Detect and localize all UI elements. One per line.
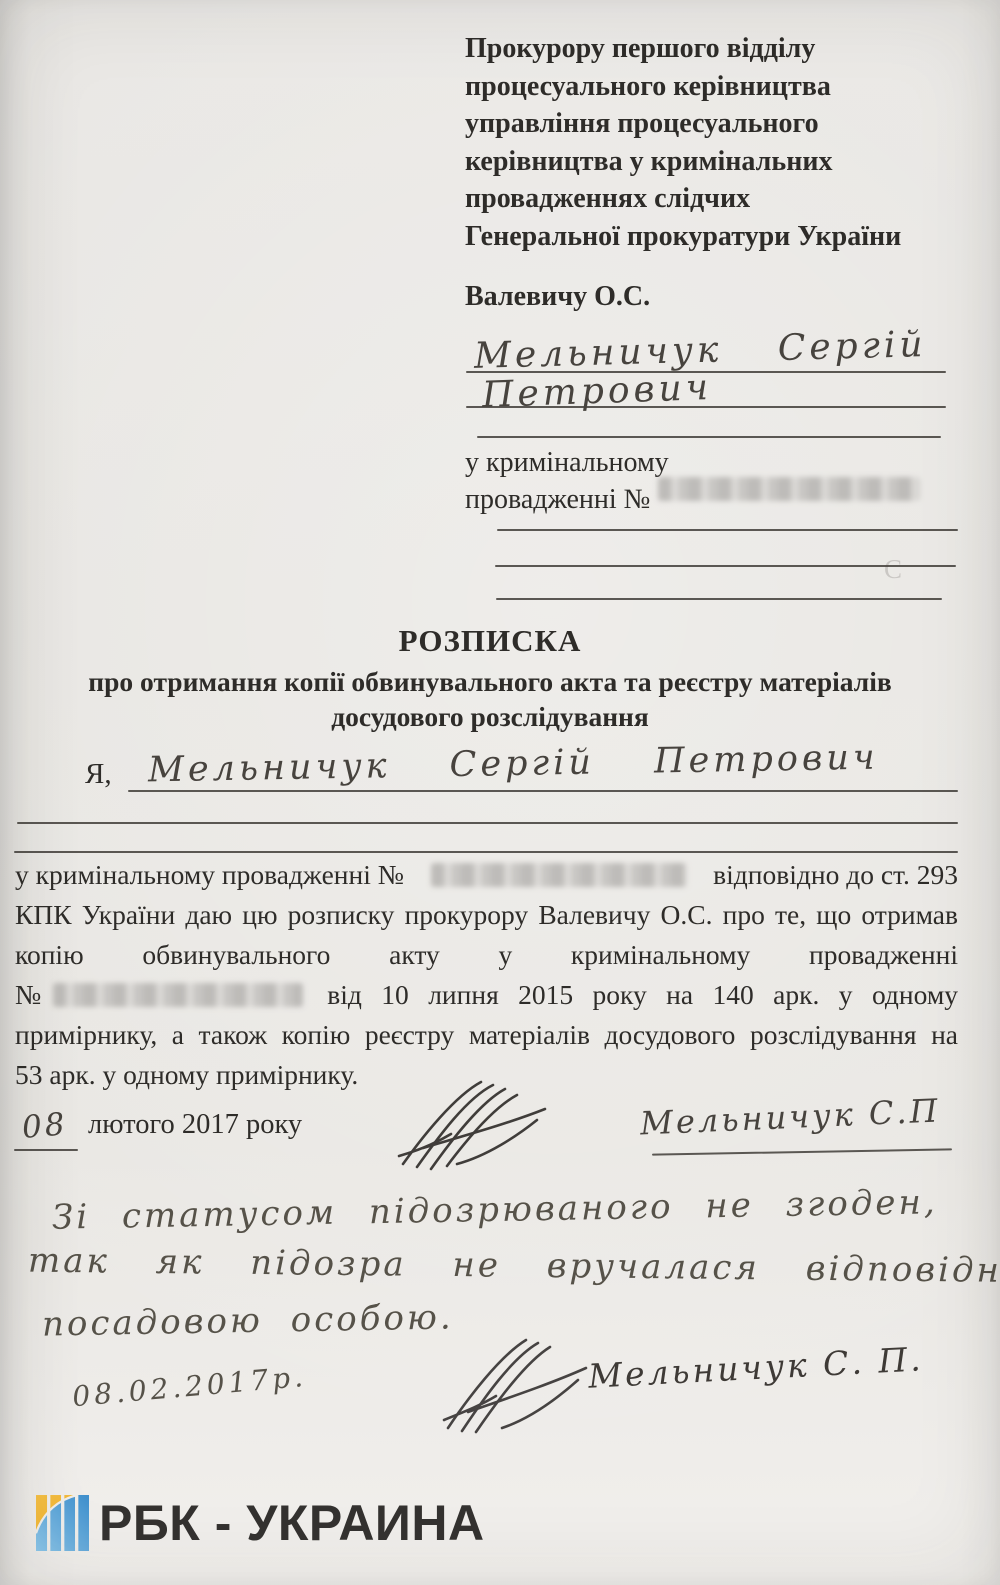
ruled-line bbox=[466, 406, 946, 408]
body-line-5: примірнику, а також копію реєстру матері… bbox=[15, 1018, 958, 1052]
watermark-logo-text: РБК - УКРАИНА bbox=[99, 1494, 485, 1552]
handwritten-sender-name-line2: Петрович bbox=[481, 367, 712, 416]
document-subtitle-line1: про отримання копії обвинувального акта … bbox=[20, 666, 960, 698]
body-line-4: № від 10 липня 2015 року на 140 арк. у о… bbox=[15, 978, 958, 1012]
rbc-logo-icon bbox=[36, 1495, 89, 1551]
ruled-line bbox=[14, 1149, 78, 1151]
redacted-case-number bbox=[431, 863, 687, 887]
body-line-3: копію обвинувального акту у кримінальном… bbox=[15, 938, 958, 972]
handwritten-declarant-name: Мельничук Сергій Петрович bbox=[148, 738, 879, 791]
addressee-line: Генеральної прокуратури України bbox=[465, 218, 955, 256]
body-text: № bbox=[15, 978, 41, 1012]
body-line-2: КПК України даю цю розписку прокурору Ва… bbox=[15, 898, 958, 932]
handwritten-note-line1: Зі статусом підозрюваного не згоден, bbox=[52, 1182, 938, 1237]
addressee-line: Прокурору першого відділу bbox=[465, 30, 955, 68]
document-photo: Прокурору першого відділу процесуального… bbox=[0, 0, 1000, 1585]
document-subtitle-line2: досудового розслідування bbox=[20, 701, 960, 733]
addressee-line: керівництва у кримінальних bbox=[465, 143, 955, 181]
addressee-recipient: Валевичу О.С. bbox=[465, 281, 650, 313]
ruled-line bbox=[128, 790, 958, 792]
handwritten-day: 08 bbox=[21, 1106, 69, 1146]
handwritten-signature-name-1: Мельничук С.П bbox=[639, 1091, 941, 1142]
addressee-line: провадженнях слідчих bbox=[465, 180, 955, 218]
body-line-1: у кримінальному провадженні № відповідно… bbox=[15, 858, 958, 892]
ruled-line bbox=[477, 436, 941, 438]
addressee-line: процесуального керівництва bbox=[465, 68, 955, 106]
signature-scribble bbox=[438, 1332, 593, 1436]
ruled-line bbox=[497, 529, 958, 531]
document-title: РОЗПИСКА bbox=[20, 623, 960, 659]
redacted-case-number bbox=[53, 983, 303, 1007]
handwritten-note-line2: так як підозра не вручалася відповідною bbox=[28, 1241, 1000, 1292]
ruled-line bbox=[17, 822, 958, 824]
faint-bleedthrough-mark: С bbox=[884, 554, 902, 585]
ruled-line bbox=[14, 851, 958, 853]
declarant-prefix: Я, bbox=[85, 758, 112, 791]
addressee-block: Прокурору першого відділу процесуального… bbox=[465, 30, 955, 255]
ruled-line bbox=[496, 598, 942, 600]
body-text: від 10 липня 2015 року на 140 арк. у одн… bbox=[327, 978, 958, 1012]
redacted-case-number bbox=[658, 477, 920, 501]
handwritten-note-line3: посадовою особою. bbox=[42, 1297, 454, 1344]
handwritten-date-2: 08.02.2017р. bbox=[71, 1360, 308, 1413]
case-label-line1: у кримінальному bbox=[465, 447, 669, 479]
body-text: у кримінальному провадженні № bbox=[15, 858, 404, 892]
handwritten-signature-name-2: Мельничук С. П. bbox=[587, 1339, 924, 1396]
body-text: відповідно до ст. 293 bbox=[713, 858, 958, 892]
watermark-logo: РБК - УКРАИНА bbox=[36, 1494, 485, 1552]
typed-date: лютого 2017 року bbox=[88, 1109, 302, 1141]
case-label-line2: провадженні № bbox=[465, 484, 650, 516]
signature-scribble bbox=[395, 1076, 555, 1172]
ruled-line bbox=[652, 1148, 952, 1155]
addressee-line: управління процесуального bbox=[465, 105, 955, 143]
